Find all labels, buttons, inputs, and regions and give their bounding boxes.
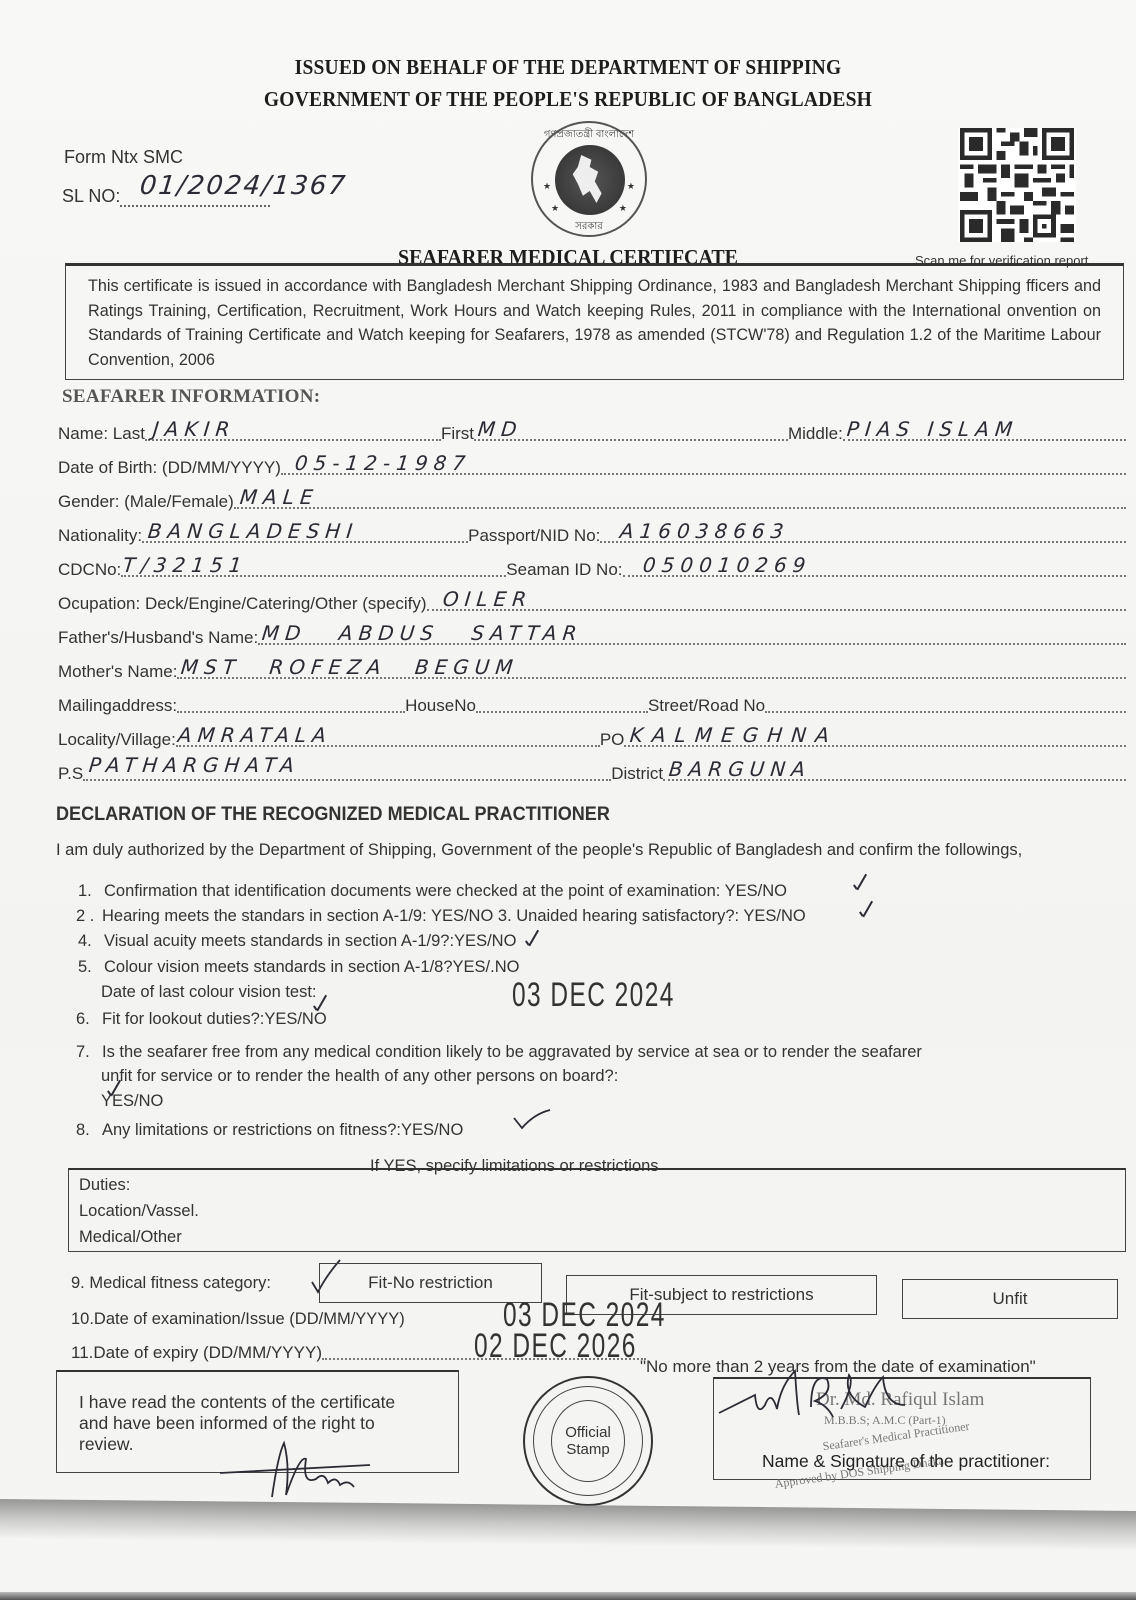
declaration-heading: DECLARATION OF THE RECOGNIZED MEDICAL PR… [56, 804, 610, 826]
father-name-field[interactable]: MD ABDUS SATTAR [258, 629, 1126, 645]
check-mark-icon [858, 899, 874, 921]
exam-date-label: 10.Date of examination/Issue (DD/MM/YYYY… [71, 1310, 405, 1329]
dob-row: Date of Birth: (DD/MM/YYYY) 05-12-1987 [58, 452, 1126, 478]
gender-field[interactable]: MALE [234, 493, 1126, 509]
official-stamp-line1: Official [525, 1424, 651, 1441]
dob-field[interactable]: 05-12-1987 [281, 459, 1126, 475]
check-mark-icon [524, 928, 540, 950]
father-row: Father's/Husband's Name: MD ABDUS SATTAR [58, 622, 1126, 648]
street-field[interactable] [765, 697, 1126, 713]
cdc-row: CDCNo: T/32151 Seaman ID No: 050010269 [58, 554, 1126, 580]
cdc-field[interactable]: T/32151 [121, 561, 506, 577]
declaration-item-7-line2: unfit for service or to render the healt… [101, 1067, 618, 1086]
passport-field[interactable]: A16038663 [600, 527, 1126, 543]
declaration-intro: I am duly authorized by the Department o… [56, 840, 1036, 860]
form-code: Form Ntx SMC [64, 147, 183, 168]
practitioner-signature [715, 1365, 935, 1435]
declaration-item-6: 6.Fit for lookout duties?:YES/NO [76, 1010, 327, 1029]
check-mark-icon [852, 872, 868, 894]
gender-row: Gender: (Male/Female) MALE [58, 486, 1126, 512]
declaration-item-4: 4.Visual acuity meets standards in secti… [78, 932, 516, 951]
scan-shadow-band [0, 1499, 1136, 1551]
qr-code-icon[interactable] [958, 128, 1076, 242]
name-row: Name: Last JAKIR First MD Middle: PIAS I… [58, 418, 1126, 444]
mailing-address-field[interactable] [177, 697, 405, 713]
certificate-page: ISSUED ON BEHALF OF THE DEPARTMENT OF SH… [0, 0, 1136, 1600]
serial-label: SL NO: [62, 186, 120, 207]
serial-number-row: SL NO: 01/2024/1367 [62, 186, 270, 207]
locality-row: Locality/Village: AMRATALA PO KALMEGHNA [58, 724, 1126, 750]
duties-label: Duties: [79, 1176, 130, 1195]
middle-name-field[interactable]: PIAS ISLAM [843, 425, 1126, 441]
district-field[interactable]: BARGUNA [663, 765, 1126, 781]
seaman-id-field[interactable]: 050010269 [623, 561, 1126, 577]
colour-vision-date-label: Date of last colour vision test: [101, 983, 317, 1002]
check-mark-icon [512, 1108, 552, 1132]
official-stamp-seal: Official Stamp [523, 1376, 653, 1506]
declaration-item-1: 1.Confirmation that identification docum… [78, 882, 787, 901]
ps-row: P.S PATHARGHATA District BARGUNA [58, 758, 1126, 784]
locality-field[interactable]: AMRATALA [176, 731, 600, 747]
mother-name-field[interactable]: MST ROFEZA BEGUM [177, 663, 1126, 679]
seafarer-signature [220, 1435, 380, 1505]
seafarer-info-heading: SEAFARER INFORMATION: [62, 386, 320, 408]
nationality-row: Nationality: BANGLADESHI Passport/NID No… [58, 520, 1126, 546]
colour-vision-date-stamp: 03 DEC 2024 [512, 976, 675, 1015]
restrictions-box: Duties: Location/Vassel. Medical/Other [68, 1168, 1126, 1252]
practitioner-signature-label: Name & Signature of the practitioner: [762, 1451, 1050, 1472]
header-line-1: ISSUED ON BEHALF OF THE DEPARTMENT OF SH… [40, 55, 1096, 80]
ps-field[interactable]: PATHARGHATA [83, 765, 611, 781]
official-stamp-line2: Stamp [525, 1441, 651, 1458]
location-label: Location/Vassel. [79, 1202, 199, 1221]
intro-text: This certificate is issued in accordance… [88, 274, 1101, 372]
declaration-item-5: 5.Colour vision meets standards in secti… [78, 958, 519, 977]
mother-row: Mother's Name: MST ROFEZA BEGUM [58, 656, 1126, 682]
fitness-option-unfit[interactable]: Unfit [902, 1279, 1118, 1319]
declaration-item-2-3: 2 .Hearing meets the standars in section… [76, 907, 806, 926]
serial-value: 01/2024/1367 [139, 171, 349, 201]
declaration-item-8: 8.Any limitations or restrictions on fit… [76, 1121, 463, 1140]
header-line-2: GOVERNMENT OF THE PEOPLE'S REPUBLIC OF B… [40, 87, 1096, 112]
declaration-item-7: 7.Is the seafarer free from any medical … [76, 1043, 922, 1062]
check-mark-icon [106, 1078, 122, 1100]
first-name-field[interactable]: MD [474, 425, 788, 441]
nationality-field[interactable]: BANGLADESHI [142, 527, 468, 543]
po-field[interactable]: KALMEGHNA [624, 731, 1126, 747]
scan-bottom-edge [0, 1592, 1136, 1600]
intro-box: This certificate is issued in accordance… [65, 263, 1124, 380]
government-emblem-icon: গণপ্রজাতন্ত্রী বাংলাদেশ ★ ★ ★ ★ সরকার [531, 121, 647, 237]
mailing-row: Mailingaddress: HouseNo Street/Road No [58, 690, 1126, 716]
last-name-field[interactable]: JAKIR [145, 425, 441, 441]
house-no-field[interactable] [476, 697, 648, 713]
medical-other-label: Medical/Other [79, 1228, 182, 1247]
occupation-row: Ocupation: Deck/Engine/Catering/Other (s… [58, 588, 1126, 614]
fitness-category-label: 9. Medical fitness category: [71, 1274, 271, 1293]
occupation-field[interactable]: OILER [427, 595, 1126, 611]
expiry-date-stamp: 02 DEC 2026 [474, 1327, 637, 1366]
